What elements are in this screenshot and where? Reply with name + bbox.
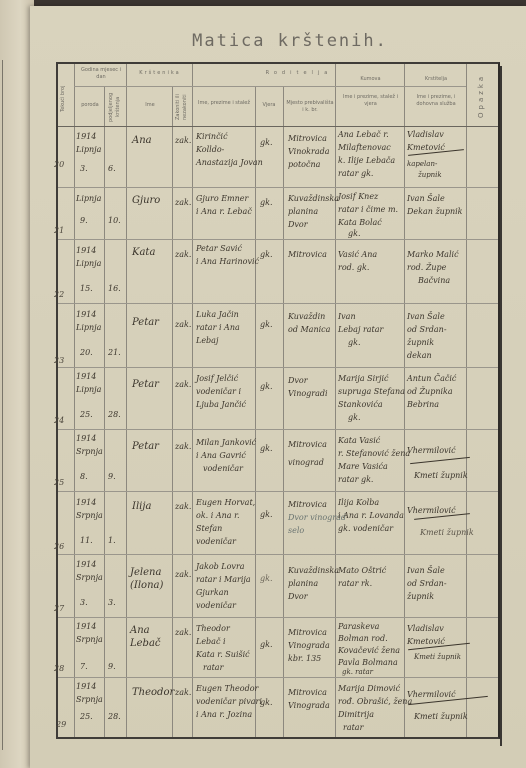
entry-priest-line: od Župnika bbox=[407, 385, 453, 398]
entry-child-name: Ilija bbox=[132, 500, 151, 513]
entry-residence-line: Mitrovica bbox=[288, 498, 327, 511]
entry-religion: gk. bbox=[260, 136, 273, 149]
entry-number: 25 bbox=[54, 478, 64, 487]
entry-godparent-line: ratar bbox=[343, 721, 363, 734]
col-divider bbox=[283, 86, 284, 737]
row-divider bbox=[58, 367, 498, 368]
entry-number: 29 bbox=[56, 720, 66, 729]
entry-birth-day: 20. bbox=[80, 346, 93, 359]
baptism-register-table: Tekući broj Godina mjesec i dan poroda p… bbox=[56, 62, 500, 739]
entry-parents-line: ratar i Marija bbox=[196, 573, 251, 586]
entry-child-name: Ana Lebač bbox=[130, 624, 170, 650]
col-divider bbox=[404, 64, 405, 737]
entry-godparent-line: gk. bbox=[348, 227, 361, 240]
header-legitimacy: Zakoniti ili nezakoniti bbox=[175, 90, 191, 124]
entry-godparent-line: Dimitrija bbox=[338, 708, 374, 721]
entry-child-name: Gjuro bbox=[132, 194, 160, 207]
entry-priest-line: rod. Župe bbox=[407, 261, 446, 274]
entry-godparent-line: Ivan bbox=[338, 310, 356, 323]
entry-year-month: 1914 Lipnja bbox=[76, 130, 124, 156]
entry-godparent-line: Ilija Kolba bbox=[338, 496, 379, 509]
entry-priest-line: Marko Malić bbox=[407, 248, 459, 261]
entry-parents-line: Milan Janković bbox=[196, 436, 256, 449]
entry-parents-line: ratar bbox=[203, 661, 223, 674]
entry-parents-line: ok. i Ana r. bbox=[196, 509, 240, 522]
entry-religion: gk. bbox=[260, 572, 273, 585]
entry-birth-day: 9. bbox=[80, 214, 88, 227]
header-religion: Vjera bbox=[256, 102, 282, 109]
header-remarks: Opazka bbox=[478, 70, 494, 122]
entry-godparent-line: Ana Lebač r. bbox=[338, 128, 389, 141]
entry-parents-line: ratar i Ana bbox=[196, 321, 240, 334]
entry-parents-line: Anastazija Jovan bbox=[196, 156, 263, 169]
entry-parents-line: Gjuro Emner bbox=[196, 192, 248, 205]
entry-legitimacy: zak. bbox=[175, 568, 191, 581]
entry-baptism-day: 21. bbox=[108, 346, 121, 359]
entry-priest-line: Kmeti župnik bbox=[414, 651, 461, 664]
entry-priest-line: Ivan Šale bbox=[407, 564, 445, 577]
entry-parents-line: Petar Savić bbox=[196, 242, 242, 255]
entry-legitimacy: zak. bbox=[175, 500, 191, 513]
entry-priest-line: dekan bbox=[407, 349, 432, 362]
entry-godparent-line: rod. gk. bbox=[338, 261, 369, 274]
entry-parents-line: vodeničar bbox=[203, 462, 243, 475]
entry-residence-line: selo bbox=[288, 524, 304, 537]
entry-number: 24 bbox=[54, 416, 64, 425]
entry-legitimacy: zak. bbox=[175, 626, 191, 639]
entry-godparent-line: Stankovića bbox=[338, 398, 383, 411]
entry-religion: gk. bbox=[260, 442, 273, 455]
entry-child-name: Petar bbox=[132, 316, 159, 329]
entry-parents-line: Gjurkan bbox=[196, 586, 229, 599]
entry-legitimacy: zak. bbox=[175, 318, 191, 331]
entry-legitimacy: zak. bbox=[175, 134, 191, 147]
entry-baptism-day: 3. bbox=[108, 596, 116, 609]
entry-legitimacy: zak. bbox=[175, 686, 191, 699]
entry-residence-line: Kuvaždinska bbox=[288, 564, 339, 577]
header-godparent: Ime i prezime, stalež i vjera bbox=[337, 94, 404, 108]
header-bottom-rule bbox=[58, 126, 498, 127]
entry-parents-line: Lebaj bbox=[196, 334, 218, 347]
entry-priest-line: Bačvina bbox=[418, 274, 450, 287]
entry-number: 21 bbox=[54, 226, 64, 235]
header-row-no: Tekući broj bbox=[60, 74, 72, 124]
entry-religion: gk. bbox=[260, 508, 273, 521]
entry-parents-line: Eugen Theodor bbox=[196, 682, 258, 695]
entry-baptism-day: 10. bbox=[108, 214, 121, 227]
entry-residence-line: Dvor bbox=[288, 218, 308, 231]
entry-year-month: 1914 Srpnja bbox=[76, 496, 106, 522]
entry-residence-line: planina bbox=[288, 577, 318, 590]
entry-priest-line: župnik bbox=[407, 336, 434, 349]
col-divider bbox=[335, 64, 336, 737]
entry-legitimacy: zak. bbox=[175, 248, 191, 261]
col-divider bbox=[74, 64, 75, 737]
entry-parents-line: Stefan bbox=[196, 522, 222, 535]
entry-number: 28 bbox=[54, 664, 64, 673]
entry-godparent-line: ratar gk. bbox=[338, 473, 373, 486]
entry-parents-line: i Ana Harinović bbox=[196, 255, 259, 268]
entry-legitimacy: zak. bbox=[175, 378, 191, 391]
row-divider bbox=[58, 491, 498, 492]
entry-religion: gk. bbox=[260, 196, 273, 209]
entry-birth-day: 8. bbox=[80, 470, 88, 483]
entry-parents-line: Eugen Horvat, bbox=[196, 496, 255, 509]
header-baptism: podjeljenog krštenja bbox=[108, 92, 124, 122]
entry-year-month: 1914 Srpnja bbox=[76, 558, 124, 584]
entry-godparent-line: r. Stefanović žena bbox=[338, 447, 410, 460]
entry-residence-line: planina bbox=[288, 205, 318, 218]
entry-year-month: 1914 Lipnja bbox=[76, 308, 124, 334]
entry-religion: gk. bbox=[260, 248, 273, 261]
entry-year-month: 1914 Lipnja bbox=[76, 370, 124, 396]
entry-legitimacy: zak. bbox=[175, 196, 191, 209]
entry-priest-line: od Srdan- bbox=[407, 577, 447, 590]
entry-parents-line: i Ana r. Lebač bbox=[196, 205, 252, 218]
header-name: Ime bbox=[128, 102, 172, 109]
col-divider bbox=[255, 86, 256, 737]
entry-year-month: 1914 Srpnja bbox=[76, 620, 124, 646]
entry-birth-day: 3. bbox=[80, 596, 88, 609]
entry-godparent-line: i Ana r. Lovanda bbox=[338, 509, 404, 522]
entry-priest-line: župnik bbox=[407, 590, 434, 603]
header-priest: Ime i prezime, i dohovna služba bbox=[406, 94, 466, 108]
entry-priest-line: Bebrina bbox=[407, 398, 439, 411]
entry-godparent-line: Kata Vasić bbox=[338, 434, 380, 447]
entry-religion: gk. bbox=[260, 380, 273, 393]
entry-residence-line: Vinokrada bbox=[288, 145, 330, 158]
entry-residence-line: Mitrovica bbox=[288, 132, 327, 145]
entry-residence-line: vinograd bbox=[288, 456, 324, 469]
entry-birth-day: 15. bbox=[80, 282, 93, 295]
entry-residence-line: Dvor bbox=[288, 590, 308, 603]
entry-godparent-line: gk. vodeničar bbox=[338, 522, 393, 535]
entry-religion: gk. bbox=[260, 638, 273, 651]
header-residence: Mjesto prebivališta i k. br. bbox=[285, 100, 335, 114]
page-margin-rule bbox=[500, 66, 502, 746]
entry-priest-line: od Srdan- bbox=[407, 323, 447, 336]
entry-baptism-day: 28. bbox=[108, 710, 121, 723]
row-divider bbox=[58, 239, 498, 240]
entry-residence-line: potočna bbox=[288, 158, 320, 171]
entry-baptism-day: 9. bbox=[108, 660, 116, 673]
entry-priest-line: Kmeti župnik bbox=[420, 526, 474, 539]
entry-child-name: Petar bbox=[132, 378, 159, 391]
entry-parents-line: Theodor bbox=[196, 622, 230, 635]
entry-parents-line: Luka Jačin bbox=[196, 308, 239, 321]
entry-residence-line: Mitrovica bbox=[288, 438, 327, 451]
entry-child-name: Petar bbox=[132, 440, 159, 453]
col-divider bbox=[466, 64, 467, 737]
entry-godparent-line: ratar gk. bbox=[338, 167, 373, 180]
entry-godparent-line: ratar rk. bbox=[338, 577, 372, 590]
entry-priest-line: župnik bbox=[418, 169, 442, 182]
entry-residence-line: kbr. 135 bbox=[288, 652, 321, 665]
entry-godparent-line: gk. ratar bbox=[342, 666, 373, 679]
header-priest-group: Krstitelja bbox=[406, 76, 466, 83]
entry-number: 23 bbox=[54, 356, 64, 365]
register-page: Matica krštenih. Tekući broj Godina mjes… bbox=[30, 6, 526, 768]
entry-legitimacy: zak. bbox=[175, 440, 191, 453]
entry-baptism-day: 28. bbox=[108, 408, 121, 421]
entry-parents-line: vodeničar bbox=[196, 599, 236, 612]
entry-parents-line: vodeničar pivari bbox=[196, 695, 262, 708]
entry-godparent-line: k. Ilije Lebača bbox=[338, 154, 395, 167]
entry-godparent-line: Mare Vasića bbox=[338, 460, 388, 473]
entry-baptism-day: 9. bbox=[108, 470, 116, 483]
entry-priest-line: Antun Čačić bbox=[407, 372, 456, 385]
header-parent-names: Ime, prezime i stalež bbox=[194, 100, 254, 107]
entry-godparent-line: rođ. Obrašić, žena bbox=[338, 695, 412, 708]
entry-residence-line: Mitrovica bbox=[288, 686, 327, 699]
entry-priest-line: Kmeti župnik bbox=[414, 469, 468, 482]
entry-number: 27 bbox=[54, 604, 64, 613]
entry-residence-line: Vinograda bbox=[288, 699, 330, 712]
entry-parents-line: vodeničar i bbox=[196, 385, 241, 398]
entry-year-month: 1914 Srpnja bbox=[76, 432, 124, 458]
entry-priest-line: Ivan Šale bbox=[407, 192, 445, 205]
entry-godparent-line: ratar i čime m. bbox=[338, 203, 398, 216]
entry-child-name: Kata bbox=[132, 246, 155, 259]
entry-year-month: 1914 Lipnja bbox=[76, 244, 124, 270]
entry-parents-line: Lebač i bbox=[196, 635, 226, 648]
entry-residence-line: Dvor bbox=[288, 374, 308, 387]
entry-priest-line: Vladislav bbox=[407, 128, 444, 141]
entry-residence-line: Mitrovica bbox=[288, 626, 327, 639]
entry-residence-line: Kuvaždinska bbox=[288, 192, 339, 205]
entry-godparent-line: Marija Dimović bbox=[338, 682, 400, 695]
entry-parents-line: Kirinčić bbox=[196, 130, 228, 143]
entry-birth-day: 3. bbox=[80, 162, 88, 175]
entry-residence-line: od Manica bbox=[288, 323, 330, 336]
header-birth-group: Godina mjesec i dan bbox=[76, 67, 126, 81]
col-divider bbox=[172, 86, 173, 737]
entry-child-name: Jelena (Ilona) bbox=[130, 566, 170, 592]
header-child-group: Krštenika bbox=[128, 70, 192, 77]
entry-year-month: 1914 Srpnja bbox=[76, 680, 124, 706]
entry-baptism-day: 6. bbox=[108, 162, 116, 175]
entry-priest-line: Vhermilović bbox=[407, 444, 456, 457]
entry-number: 20 bbox=[54, 160, 64, 169]
header-godparent-group: Kumova bbox=[337, 76, 404, 83]
entry-residence-line: Vinograda bbox=[288, 639, 330, 652]
entry-parents-line: i Ana r. Jozina bbox=[196, 708, 252, 721]
row-divider bbox=[58, 617, 498, 618]
entry-child-name: Theodor bbox=[132, 686, 174, 699]
entry-birth-day: 11. bbox=[80, 534, 93, 547]
entry-parents-line: Kolldo- bbox=[196, 143, 224, 156]
row-divider bbox=[58, 187, 498, 188]
entry-godparent-line: Mato Oštrić bbox=[338, 564, 386, 577]
col-divider bbox=[192, 64, 193, 737]
entry-baptism-day: 16. bbox=[108, 282, 121, 295]
entry-godparent-line: Vasić Ana bbox=[338, 248, 377, 261]
entry-godparent-line: Lebaj ratar bbox=[338, 323, 383, 336]
entry-godparent-line: supruga Stefana bbox=[338, 385, 405, 398]
entry-number: 26 bbox=[54, 542, 64, 551]
entry-godparent-line: Milaftenovac bbox=[338, 141, 391, 154]
entry-godparent-line: gk. bbox=[348, 336, 361, 349]
row-divider bbox=[58, 554, 498, 555]
page-title: Matica krštenih. bbox=[150, 31, 430, 51]
entry-godparent-line: Marija Sirjić bbox=[338, 372, 389, 385]
row-divider bbox=[58, 303, 498, 304]
entry-parents-line: i Ana Gavrić bbox=[196, 449, 246, 462]
entry-residence-line: Vinogradi bbox=[288, 387, 328, 400]
entry-child-name: Ana bbox=[132, 134, 152, 147]
entry-godparent-line: Josif Knez bbox=[338, 190, 378, 203]
col-divider bbox=[126, 64, 127, 737]
header-subdivider bbox=[74, 86, 466, 87]
entry-parents-line: Kata r. Suišić bbox=[196, 648, 250, 661]
entry-priest-line: Kmeti župnik bbox=[414, 710, 468, 723]
facing-page-rule bbox=[2, 60, 3, 750]
entry-birth-day: 25. bbox=[80, 710, 93, 723]
entry-parents-line: Ljuba Jančić bbox=[196, 398, 246, 411]
entry-religion: gk. bbox=[260, 318, 273, 331]
signature-flourish bbox=[410, 457, 470, 464]
row-divider bbox=[58, 677, 498, 678]
entry-priest-line: Vladislav bbox=[407, 622, 444, 635]
entry-priest-line: Ivan Šale bbox=[407, 310, 445, 323]
facing-page-edge bbox=[0, 0, 34, 768]
entry-priest-line: Dekan župnik bbox=[407, 205, 463, 218]
header-birth: poroda bbox=[76, 102, 104, 109]
entry-parents-line: Jakob Lovra bbox=[196, 560, 245, 573]
entry-residence-line: Mitrovica bbox=[288, 248, 327, 261]
entry-godparent-line: gk. bbox=[348, 411, 361, 424]
entry-baptism-day: 1. bbox=[108, 534, 116, 547]
entry-year-month: Lipnja bbox=[76, 192, 101, 205]
entry-number: 22 bbox=[54, 290, 64, 299]
entry-religion: gk. bbox=[260, 696, 273, 709]
entry-parents-line: Josif Jelčić bbox=[196, 372, 238, 385]
entry-parents-line: vodeničar bbox=[196, 535, 236, 548]
entry-residence-line: Kuvaždin bbox=[288, 310, 325, 323]
row-divider bbox=[58, 429, 498, 430]
entry-birth-day: 7. bbox=[80, 660, 88, 673]
entry-birth-day: 25. bbox=[80, 408, 93, 421]
